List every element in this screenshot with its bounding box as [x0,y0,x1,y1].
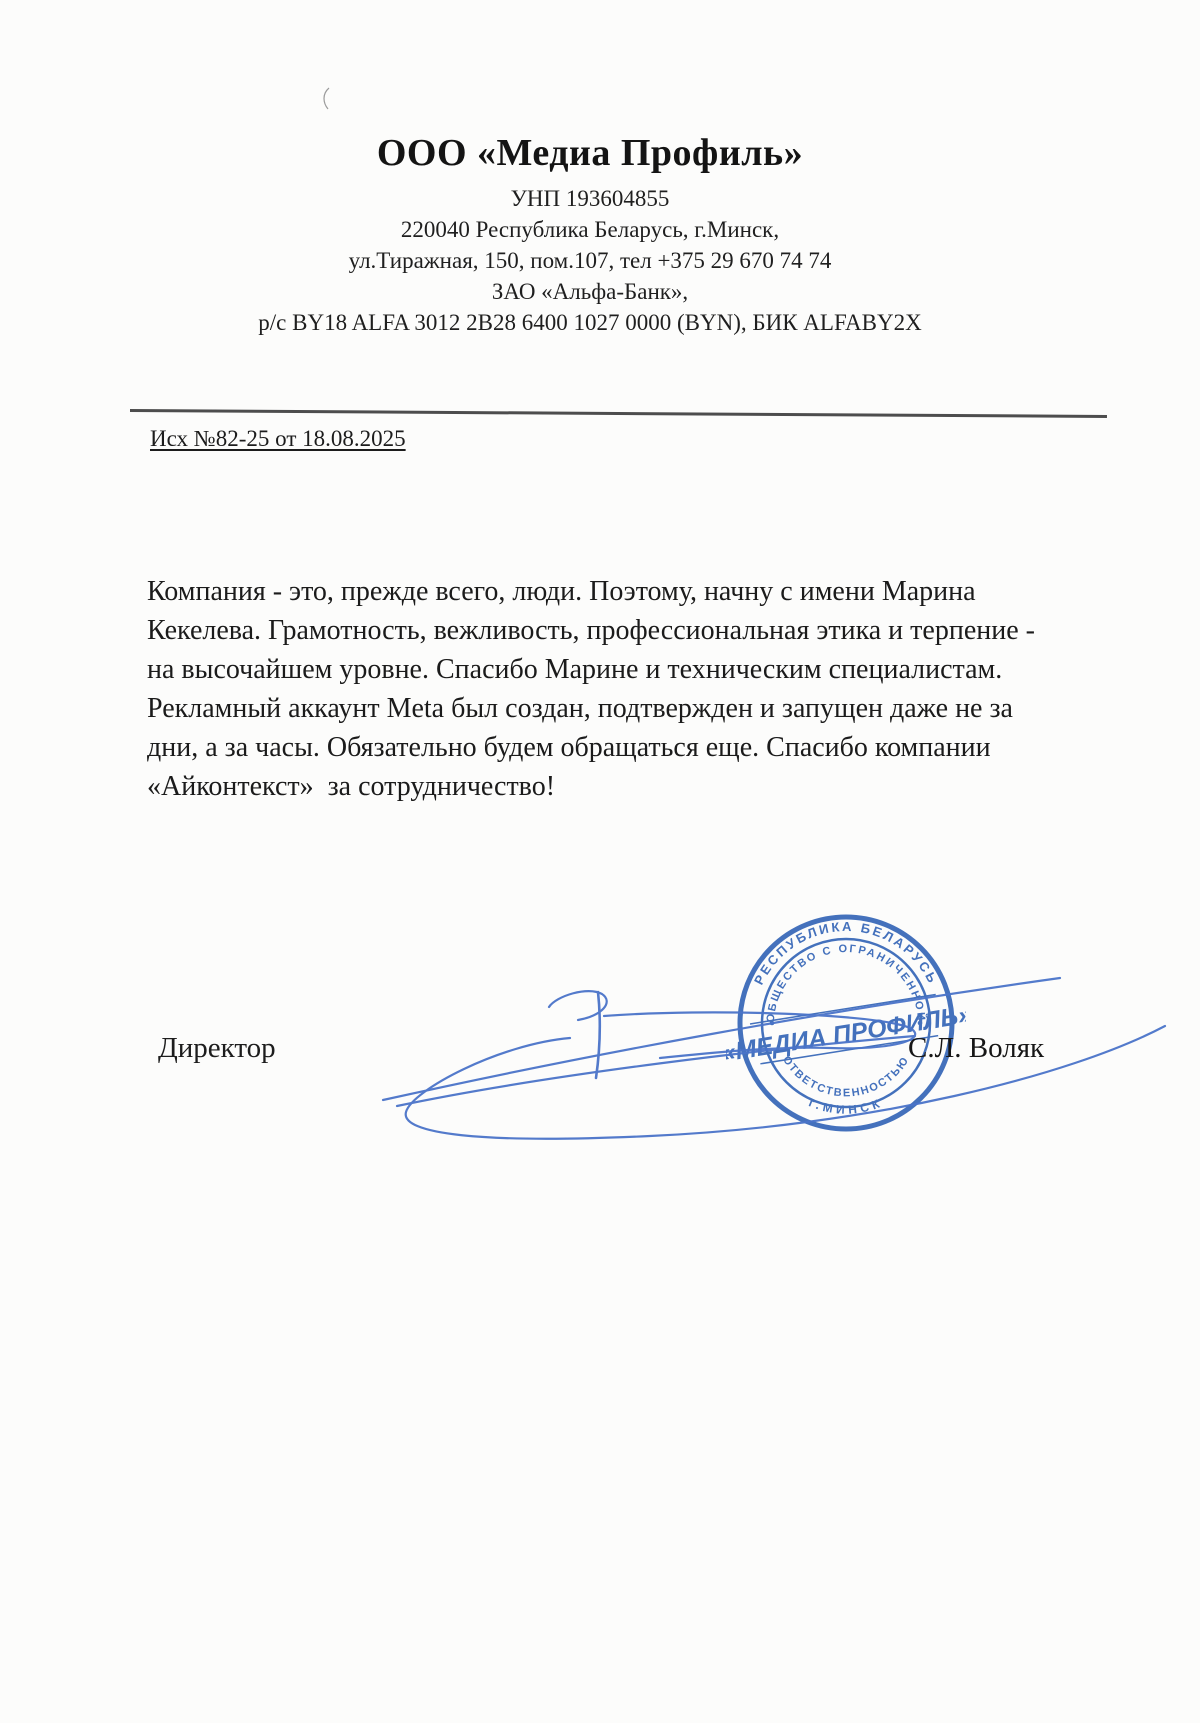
signer-name: С.Л. Воляк [908,1031,1044,1065]
company-address-line1: 220040 Республика Беларусь, г.Минск, [140,214,1040,245]
letter-body: Компания - это, прежде всего, люди. Поэт… [147,572,1147,806]
bank-account: р/с BY18 ALFA 3012 2B28 6400 1027 0000 (… [140,307,1040,338]
scan-artifact [318,86,334,112]
body-line: «Айконтекст» за сотрудничество! [147,767,1147,806]
company-unp: УНП 193604855 [140,183,1040,214]
bank-name: ЗАО «Альфа-Банк», [140,276,1040,307]
divider-rule [130,409,1107,418]
handwritten-signature [350,958,1190,1168]
company-address-line2: ул.Тиражная, 150, пом.107, тел +375 29 6… [140,245,1040,276]
body-line: Рекламный аккаунт Meta был создан, подтв… [147,689,1147,728]
body-line: дни, а за часы. Обязательно будем обраща… [147,728,1147,767]
scanned-letter-page: ООО «Медиа Профиль» УНП 193604855 220040… [0,0,1200,1723]
outgoing-reference: Исх №82-25 от 18.08.2025 [150,424,406,454]
body-line: Компания - это, прежде всего, люди. Поэт… [147,572,1147,611]
body-line: Кекелева. Грамотность, вежливость, профе… [147,611,1147,650]
body-line: на высочайшем уровне. Спасибо Марине и т… [147,650,1147,689]
director-title: Директор [158,1031,276,1065]
company-name: ООО «Медиа Профиль» [140,130,1040,176]
letterhead: ООО «Медиа Профиль» УНП 193604855 220040… [140,130,1040,338]
